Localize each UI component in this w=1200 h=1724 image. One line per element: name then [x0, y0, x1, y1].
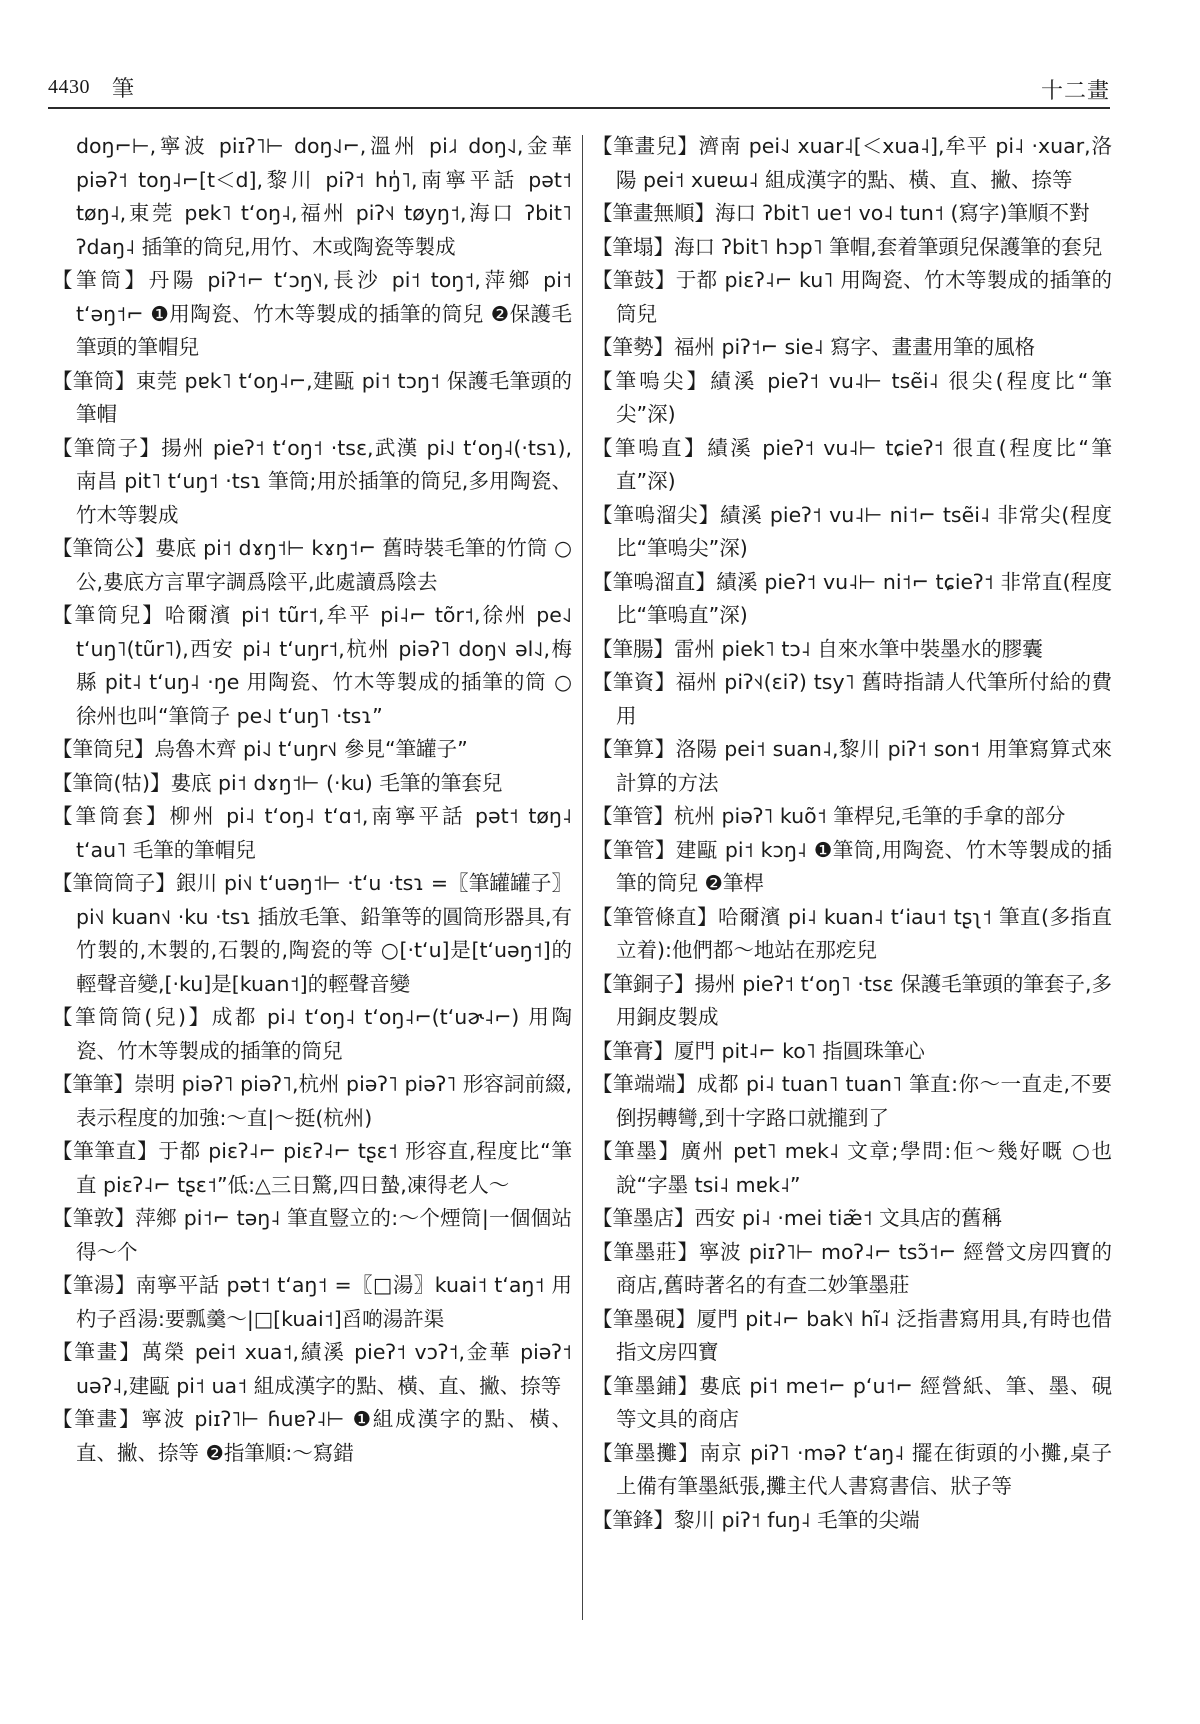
dictionary-entry: 【筆敦】萍鄉 pi˦⌐ təŋ˨ 筆直豎立的:～个煙筒|一個個站得～个 [52, 1202, 572, 1269]
dictionary-entry: 【筆筒(牯)】婁底 pi˦ dɤŋ˦⊢ (·ku) 毛筆的筆套兒 [52, 767, 572, 801]
page-header: 4430 筆 十二畫 [48, 70, 1110, 110]
entry-definition: 東莞 pɐk˥ tʻoŋ˨⌐,建甌 pi˦ tɔŋ˦ 保護毛筆頭的筆帽 [76, 369, 572, 427]
entry-definition: 雷州 piek˥ tɔ˨ 自來水筆中裝墨水的膠囊 [674, 637, 1043, 661]
entry-headword: 【筆鋒】 [592, 1508, 674, 1532]
header-rule [48, 107, 1110, 109]
dictionary-entry: 【筆筆】崇明 piəʔ˥ piəʔ˥,杭州 piəʔ˥ piəʔ˥ 形容詞前綴,… [52, 1068, 572, 1135]
dictionary-entry: 【筆墨莊】寧波 piɪʔ˥⊢ moʔ˨⌐ tsɔ̃˦⌐ 經營文房四寶的商店,舊時… [592, 1236, 1112, 1303]
entry-headword: 【筆墨硯】 [592, 1307, 697, 1331]
entry-definition: 建甌 pi˦ kɔŋ˨ ❶筆筒,用陶瓷、竹木等製成的插筆的筒兒 ❷筆桿 [616, 838, 1112, 896]
dictionary-entry: 【筆墨鋪】婁底 pi˦ me˦⌐ pʻu˦⌐ 經營紙、筆、墨、硯等文具的商店 [592, 1370, 1112, 1437]
dictionary-entry: 【筆銅子】揚州 pieʔ˦ tʻoŋ˥ ·tsɛ 保護毛筆頭的筆套子,多用銅皮製… [592, 968, 1112, 1035]
entry-definition: 寧波 piɪʔ˥⊢ ɦuɐʔ˨⊢ ❶組成漢字的點、橫、直、撇、捺等 ❷指筆順:～… [76, 1407, 572, 1465]
entry-headword: 【筆筆直】 [52, 1139, 158, 1163]
dictionary-entry: 【筆嗚溜直】績溪 pieʔ˦ vu˨⊢ ni˦⌐ tɕieʔ˦ 非常直(程度比“… [592, 566, 1112, 633]
dictionary-entry: 【筆嗚尖】績溪 pieʔ˦ vu˨⊢ tsẽi˨ 很尖(程度比“筆尖”深) [592, 365, 1112, 432]
right-column: 【筆畫兒】濟南 pei˨˩ xuar˨[＜xua˨],牟平 pi˨ ·xuar,… [592, 130, 1112, 1537]
dictionary-entry: 【筆畫無順】海口 ʔbit˥ ue˦ vo˨ tun˦ (寫字)筆順不對 [592, 197, 1112, 231]
dictionary-entry: 【筆筆直】于都 piɛʔ˨⌐ piɛʔ˨⌐ tʂɛ˦ 形容直,程度比“筆直 pi… [52, 1135, 572, 1202]
entry-definition: 婁底 pi˦ dɤŋ˦⊢ (·ku) 毛筆的筆套兒 [171, 771, 503, 795]
dictionary-entry: 【筆資】福州 piʔ˦˨(ɛiʔ) tsy˥ 舊時指請人代筆所付給的費用 [592, 666, 1112, 733]
entry-headword: 【筆筒兒】 [52, 737, 155, 761]
entry-headword: 【筆筒(牯)】 [52, 771, 171, 795]
dictionary-entry: 【筆湯】南寧平話 pət˦ tʻaŋ˦ =〖□湯〗kuai˦ tʻaŋ˦ 用杓子… [52, 1269, 572, 1336]
entry-definition: 萬榮 pei˦ xua˦,績溪 pieʔ˦ vɔʔ˦,金華 piəʔ˦ uəʔ˨… [76, 1340, 572, 1398]
entry-headword: 【筆管】 [592, 804, 674, 828]
entry-headword: 【筆鼓】 [592, 268, 676, 292]
dictionary-entry: 【筆墨店】西安 pi˨ ·mei tiæ̃˦ 文具店的舊稱 [592, 1202, 1112, 1236]
entry-headword: 【筆筒筒子】 [52, 871, 176, 895]
entry-headword: 【筆資】 [592, 670, 676, 694]
dictionary-entry: 【筆管條直】哈爾濱 pi˨ kuan˨ tʻiau˦ tʂʅ˦ 筆直(多指直立着… [592, 901, 1112, 968]
dictionary-entry: 【筆筒兒】烏魯木齊 pi˨˩ tʻuŋr˦˩ 參見“筆罐子” [52, 733, 572, 767]
entry-headword: 【筆膏】 [592, 1039, 674, 1063]
dictionary-entry: 【筆腸】雷州 piek˥ tɔ˨ 自來水筆中裝墨水的膠囊 [592, 633, 1112, 667]
dictionary-entry: 【筆端端】成都 pi˨ tuan˥ tuan˥ 筆直:你～一直走,不要倒拐轉彎,… [592, 1068, 1112, 1135]
entry-definition: 于都 piɛʔ˨⌐ ku˥ 用陶瓷、竹木等製成的插筆的筒兒 [616, 268, 1112, 326]
entry-headword: 【筆管】 [592, 838, 676, 862]
page-number: 4430 [48, 76, 90, 99]
entry-definition: 丹陽 piʔ˦⌐ tʻɔŋ˥˨,長沙 pi˦ toŋ˦,萍鄉 pi˦ tʻəŋ˦… [76, 268, 572, 359]
entry-headword: 【筆湯】 [52, 1273, 136, 1297]
dictionary-entry: 【筆算】洛陽 pei˦ suan˨,黎川 piʔ˦ son˦ 用筆寫算式來計算的… [592, 733, 1112, 800]
entry-definition: 烏魯木齊 pi˨˩ tʻuŋr˦˩ 參見“筆罐子” [155, 737, 468, 761]
entry-headword: 【筆筒兒】 [52, 603, 165, 627]
entry-headword: 【筆銅子】 [592, 972, 695, 996]
entry-headword: 【筆嗚溜直】 [592, 570, 716, 594]
dictionary-entry: 【筆膏】厦門 pit˨⌐ ko˥ 指圓珠筆心 [592, 1035, 1112, 1069]
column-divider [582, 135, 583, 1620]
dictionary-entry: 【筆管】建甌 pi˦ kɔŋ˨ ❶筆筒,用陶瓷、竹木等製成的插筆的筒兒 ❷筆桿 [592, 834, 1112, 901]
stroke-count-label: 十二畫 [1041, 74, 1110, 105]
entry-headword: 【筆筒子】 [52, 436, 161, 460]
entry-definition: doŋ⌐⊢,寧波 piɪʔ˥⊢ doŋ˨˩⌐,溫州 pi˩˨ doŋ˨˩,金華 … [76, 134, 572, 259]
entry-headword: 【筆畫】 [52, 1340, 142, 1364]
entry-definition: 福州 piʔ˦˨(ɛiʔ) tsy˥ 舊時指請人代筆所付給的費用 [616, 670, 1112, 728]
dictionary-entry: 【筆筒】東莞 pɐk˥ tʻoŋ˨⌐,建甌 pi˦ tɔŋ˦ 保護毛筆頭的筆帽 [52, 365, 572, 432]
entry-headword: 【筆嗚溜尖】 [592, 503, 720, 527]
dictionary-entry: 【筆塌】海口 ʔbit˥ hɔp˥ 筆帽,套着筆頭兒保護筆的套兒 [592, 231, 1112, 265]
dictionary-entry: 【筆嗚溜尖】績溪 pieʔ˦ vu˨⊢ ni˦⌐ tsẽi˨ 非常尖(程度比“筆… [592, 499, 1112, 566]
entry-definition: 黎川 piʔ˦ fuŋ˨ 毛筆的尖端 [674, 1508, 920, 1532]
entry-headword: 【筆筆】 [52, 1072, 134, 1096]
entry-definition: 海口 ʔbit˥ hɔp˥ 筆帽,套着筆頭兒保護筆的套兒 [674, 235, 1102, 259]
entry-headword: 【筆筒】 [52, 369, 136, 393]
dictionary-entry: 【筆鼓】于都 piɛʔ˨⌐ ku˥ 用陶瓷、竹木等製成的插筆的筒兒 [592, 264, 1112, 331]
dictionary-entry: 【筆筒筒(兒)】成都 pi˨ tʻoŋ˨ tʻoŋ˨⌐(tʻuɚ˨⌐) 用陶瓷、… [52, 1001, 572, 1068]
dictionary-entry: 【筆畫】寧波 piɪʔ˥⊢ ɦuɐʔ˨⊢ ❶組成漢字的點、橫、直、撇、捺等 ❷指… [52, 1403, 572, 1470]
dictionary-entry: 【筆墨攤】南京 piʔ˥ ·məʔ tʻaŋ˨ 擺在街頭的小攤,桌子上備有筆墨紙… [592, 1437, 1112, 1504]
entry-continuation: doŋ⌐⊢,寧波 piɪʔ˥⊢ doŋ˨˩⌐,溫州 pi˩˨ doŋ˨˩,金華 … [52, 130, 572, 264]
dictionary-entry: 【筆筒】丹陽 piʔ˦⌐ tʻɔŋ˥˨,長沙 pi˦ toŋ˦,萍鄉 pi˦ t… [52, 264, 572, 365]
dictionary-entry: 【筆管】杭州 piəʔ˥ kuõ˦ 筆桿兒,毛筆的手拿的部分 [592, 800, 1112, 834]
entry-headword: 【筆墨莊】 [592, 1240, 699, 1264]
dictionary-entry: 【筆畫兒】濟南 pei˨˩ xuar˨[＜xua˨],牟平 pi˨ ·xuar,… [592, 130, 1112, 197]
entry-headword: 【筆算】 [592, 737, 676, 761]
entry-definition: 福州 piʔ˦⌐ sie˨ 寫字、畫畫用筆的風格 [674, 335, 1035, 359]
entry-definition: 崇明 piəʔ˥ piəʔ˥,杭州 piəʔ˥ piəʔ˥ 形容詞前綴,表示程度… [76, 1072, 572, 1130]
entry-headword: 【筆嗚尖】 [592, 369, 710, 393]
entry-headword: 【筆墨攤】 [592, 1441, 700, 1465]
entry-definition: 萍鄉 pi˦⌐ təŋ˨ 筆直豎立的:～个煙筒|一個個站得～个 [76, 1206, 572, 1264]
dictionary-entry: 【筆墨硯】厦門 pit˨⌐ bak˥˨ hĩ˨ 泛指書寫用具,有時也借指文房四寶 [592, 1303, 1112, 1370]
entry-headword: 【筆筒公】 [52, 536, 155, 560]
dictionary-entry: 【筆勢】福州 piʔ˦⌐ sie˨ 寫字、畫畫用筆的風格 [592, 331, 1112, 365]
entry-headword: 【筆畫】 [52, 1407, 141, 1431]
dictionary-entry: 【筆畫】萬榮 pei˦ xua˦,績溪 pieʔ˦ vɔʔ˦,金華 piəʔ˦ … [52, 1336, 572, 1403]
dictionary-entry: 【筆筒筒子】銀川 pi˦˩ tʻuəŋ˦⊢ ·tʻu ·tsɿ =〖筆罐罐子〗p… [52, 867, 572, 1001]
dictionary-entry: 【筆筒兒】哈爾濱 pi˦ tũr˦,牟平 pi˨⌐ tõr˦,徐州 pe˨˩ t… [52, 599, 572, 733]
entry-definition: 南寧平話 pət˦ tʻaŋ˦ =〖□湯〗kuai˦ tʻaŋ˦ 用杓子舀湯:要… [76, 1273, 572, 1331]
entry-headword: 【筆墨店】 [592, 1206, 695, 1230]
entry-definition: 海口 ʔbit˥ ue˦ vo˨ tun˦ (寫字)筆順不對 [715, 201, 1090, 225]
entry-headword: 【筆管條直】 [592, 905, 718, 929]
dictionary-entry: 【筆鋒】黎川 piʔ˦ fuŋ˨ 毛筆的尖端 [592, 1504, 1112, 1538]
dictionary-entry: 【筆筒子】揚州 pieʔ˦ tʻoŋ˦ ·tsɛ,武漢 pi˨˩ tʻoŋ˨(·… [52, 432, 572, 533]
entry-definition: 厦門 pit˨⌐ ko˥ 指圓珠筆心 [674, 1039, 925, 1063]
dictionary-entry: 【筆嗚直】績溪 pieʔ˦ vu˨⊢ tɕieʔ˦ 很直(程度比“筆直”深) [592, 432, 1112, 499]
entry-definition: 廣州 pɐt˥ mɐk˨ 文章;學問:佢～幾好嘅 ○也說“字墨 tsi˨ mɐk… [616, 1139, 1112, 1197]
dictionary-entry: 【筆筒套】柳州 pi˨ tʻoŋ˨ tʻɑ˦,南寧平話 pət˦ tøŋ˨ tʻ… [52, 800, 572, 867]
entry-headword: 【筆墨】 [592, 1139, 681, 1163]
entry-headword: 【筆筒筒(兒)】 [52, 1005, 212, 1029]
entry-headword: 【筆塌】 [592, 235, 674, 259]
dictionary-entry: 【筆墨】廣州 pɐt˥ mɐk˨ 文章;學問:佢～幾好嘅 ○也說“字墨 tsi˨… [592, 1135, 1112, 1202]
entry-headword: 【筆畫無順】 [592, 201, 715, 225]
entry-definition: 西安 pi˨ ·mei tiæ̃˦ 文具店的舊稱 [695, 1206, 1003, 1230]
entry-headword: 【筆端端】 [592, 1072, 697, 1096]
entry-definition: 杭州 piəʔ˥ kuõ˦ 筆桿兒,毛筆的手拿的部分 [674, 804, 1065, 828]
entry-headword: 【筆敦】 [52, 1206, 135, 1230]
head-character: 筆 [112, 72, 134, 103]
entry-headword: 【筆嗚直】 [592, 436, 707, 460]
dictionary-entry: 【筆筒公】婁底 pi˦ dɤŋ˦⊢ kɤŋ˦⌐ 舊時裝毛筆的竹筒 ○公,婁底方言… [52, 532, 572, 599]
entry-headword: 【筆勢】 [592, 335, 674, 359]
entry-headword: 【筆筒套】 [52, 804, 170, 828]
entry-headword: 【筆筒】 [52, 268, 149, 292]
entry-headword: 【筆畫兒】 [592, 134, 699, 158]
entry-headword: 【筆腸】 [592, 637, 674, 661]
left-column: doŋ⌐⊢,寧波 piɪʔ˥⊢ doŋ˨˩⌐,溫州 pi˩˨ doŋ˨˩,金華 … [52, 130, 572, 1470]
entry-definition: 洛陽 pei˦ suan˨,黎川 piʔ˦ son˦ 用筆寫算式來計算的方法 [616, 737, 1112, 795]
entry-headword: 【筆墨鋪】 [592, 1374, 699, 1398]
